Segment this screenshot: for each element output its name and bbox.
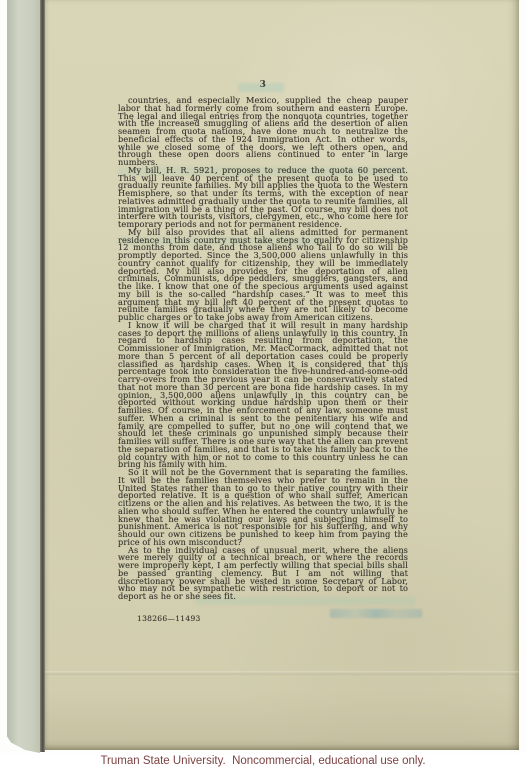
print-order-number: 138266—11493 <box>137 614 201 623</box>
paragraph-5: So it will not be the Government that is… <box>118 469 408 547</box>
document-page: 3 countries, and especially Mexico, supp… <box>45 0 519 750</box>
attribution-caption: Truman State University. Noncommercial, … <box>0 753 526 772</box>
paper-crease <box>45 671 519 675</box>
page-number: 3 <box>118 80 408 90</box>
adjacent-page-edge <box>7 0 40 753</box>
paragraph-6: As to the individual cases of unusual me… <box>118 547 408 601</box>
paragraph-2: My bill, H. R. 5921, proposes to reduce … <box>118 167 408 229</box>
ink-bleed-mark <box>330 609 422 618</box>
paragraph-1: countries, and especially Mexico, suppli… <box>118 97 408 167</box>
scanned-document-view: 3 countries, and especially Mexico, supp… <box>0 0 526 772</box>
page-body-text: countries, and especially Mexico, suppli… <box>118 97 408 601</box>
paragraph-4: I know it will be charged that it will r… <box>118 322 408 469</box>
paragraph-3: My bill also provides that all aliens ad… <box>118 229 408 322</box>
